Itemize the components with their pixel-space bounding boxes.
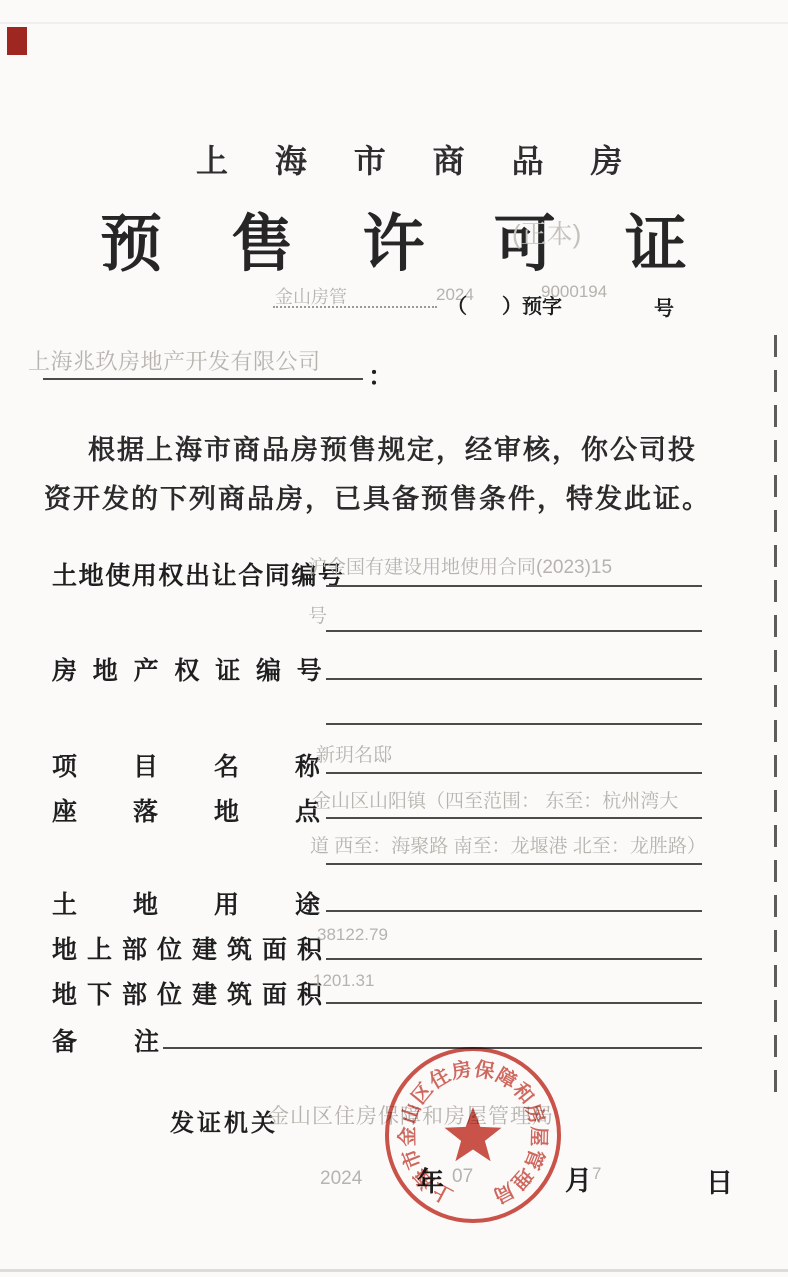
serial-suffix: 号 [654,292,674,321]
title-large: 预 售 许 可 证 [100,194,713,283]
field-underline-5 [326,772,702,774]
body-line-2: 资开发的下列商品房，已具备预售条件，特发此证。 [44,477,711,516]
field-underline-10 [326,1002,702,1004]
svg-text:金: 金 [395,1126,419,1146]
corner-red-mark [7,27,27,55]
field-label-above-area: 地上部位建筑面积 [52,930,332,966]
field-label-below-area: 地下部位建筑面积 [52,975,332,1011]
svg-text:房: 房 [448,1056,473,1083]
field-underline-8 [326,910,702,912]
field-underline-4 [326,723,702,725]
paper-fold-line [0,22,788,24]
date-day-label: 日 [706,1161,733,1200]
field-label-land-use: 土地用途 [52,885,376,921]
field-underline-6 [326,817,702,819]
date-month-label: 月 [565,1159,592,1198]
serial-number-faint: 9000194 [541,282,607,302]
seal-star-icon [444,1107,501,1161]
field-underline-2 [326,630,702,632]
body-line-1: 根据上海市商品房预售规定，经审核，你公司投 [88,428,697,467]
field-value-above-area-faint: 38122.79 [317,925,388,945]
serial-dotted-underline [273,306,437,308]
issuer-label: 发证机关 [170,1103,278,1138]
title-small: 上 海 市 商 品 房 [196,136,641,182]
date-day-faint: 7 [592,1164,601,1184]
field-label-land-contract: 土地使用权出让合同编号 [52,556,345,592]
addressee-underline [43,378,363,380]
field-value-location1-faint: 金山区山阳镇（四至范围： 东至：杭州湾大 [312,786,678,813]
field-value-location2-faint: 道 西至：海聚路 南至：龙堰港 北至：龙胜路） [310,831,706,858]
field-value-land-contract2-faint: 号 [308,601,327,628]
right-dashed-rule [774,335,777,1092]
serial-paren-open: （ [447,290,467,319]
field-underline-9 [326,958,702,960]
field-underline-3 [326,678,702,680]
field-value-land-contract-faint: 沪金国有建设用地使用合同(2023)15 [308,552,612,579]
field-value-below-area-faint: 1201.31 [313,971,374,991]
certificate-page: 上 海 市 商 品 房 预 售 许 可 证 (正本) 金山房管 2024 （ ）… [0,0,788,1277]
field-underline-1 [326,585,702,587]
addressee-company-faint: 上海兆玖房地产开发有限公司 [28,345,321,376]
field-label-property-cert: 房地产权证编号 [52,651,338,687]
svg-text:屋: 屋 [527,1126,550,1146]
paper-bottom-edge [0,1269,788,1272]
copy-type-label: (正本) [512,214,581,251]
field-underline-7 [326,863,702,865]
field-value-project-name-faint: 新玥名邸 [316,740,392,767]
addressee-colon: ： [368,356,394,393]
field-label-remarks: 备注 [52,1022,216,1058]
date-year-faint: 2024 [320,1168,362,1190]
official-seal: 上海市金山区住房保障和房屋管理局 [378,1040,568,1230]
